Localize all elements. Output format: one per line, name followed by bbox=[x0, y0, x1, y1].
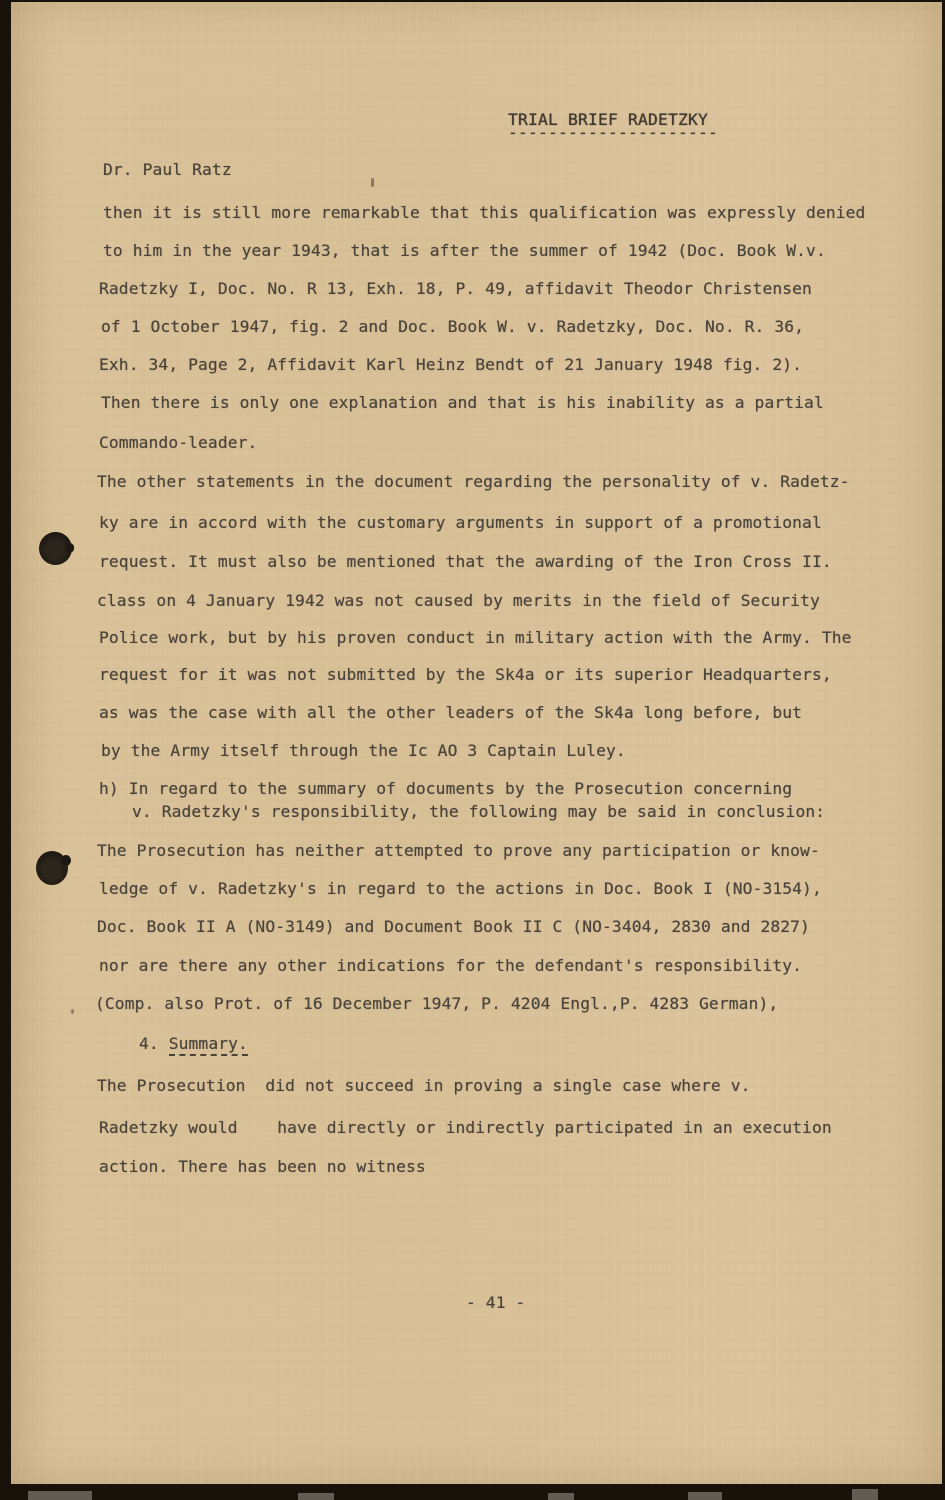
text-line: v. Radetzky's responsibility, the follow… bbox=[132, 802, 825, 822]
text-line: action. There has been no witness bbox=[99, 1157, 426, 1177]
text-line: request. It must also be mentioned that … bbox=[99, 552, 832, 572]
text-line: Doc. Book II A (NO-3149) and Document Bo… bbox=[97, 917, 810, 937]
text-line: The Prosecution has neither attempted to… bbox=[97, 841, 820, 861]
text-line: Radetzky would have directly or indirect… bbox=[99, 1118, 832, 1138]
text-line: request for it was not submitted by the … bbox=[99, 665, 832, 685]
text-line: Radetzky I, Doc. No. R 13, Exh. 18, P. 4… bbox=[99, 279, 812, 299]
scan-edge-artifact bbox=[852, 1489, 878, 1500]
summary-spacer bbox=[159, 1034, 169, 1053]
text-line: as was the case with all the other leade… bbox=[99, 703, 802, 723]
text-line: to him in the year 1943, that is after t… bbox=[103, 241, 826, 261]
title-underline: --------------------- bbox=[508, 123, 718, 142]
document-page: TRIAL BRIEF RADETZKY -------------------… bbox=[11, 2, 942, 1484]
text-line: Then there is only one explanation and t… bbox=[101, 393, 824, 413]
summary-heading: 4. Summary. bbox=[139, 1034, 248, 1054]
hole-punch-bottom bbox=[36, 851, 68, 885]
ink-speck bbox=[371, 178, 374, 187]
scanned-document: TRIAL BRIEF RADETZKY -------------------… bbox=[0, 0, 945, 1500]
text-line: Exh. 34, Page 2, Affidavit Karl Heinz Be… bbox=[99, 355, 802, 375]
text-line: ledge of v. Radetzky's in regard to the … bbox=[99, 879, 822, 899]
text-line: class on 4 January 1942 was not caused b… bbox=[97, 591, 820, 611]
text-line: The Prosecution did not succeed in provi… bbox=[97, 1076, 751, 1096]
ink-speck bbox=[71, 1009, 74, 1014]
scan-edge-artifact bbox=[298, 1493, 334, 1500]
text-line: then it is still more remarkable that th… bbox=[103, 203, 865, 223]
scan-edge-artifact bbox=[548, 1493, 574, 1500]
text-line: ky are in accord with the customary argu… bbox=[99, 513, 822, 533]
text-line: of 1 October 1947, fig. 2 and Doc. Book … bbox=[101, 317, 804, 337]
text-line: Police work, but by his proven conduct i… bbox=[99, 628, 852, 648]
text-line: (Comp. also Prot. of 16 December 1947, P… bbox=[95, 994, 778, 1014]
scan-edge-artifact bbox=[688, 1492, 722, 1500]
scan-edge-artifact bbox=[28, 1491, 92, 1500]
text-line: nor are there any other indications for … bbox=[99, 956, 802, 976]
text-line: by the Army itself through the Ic AO 3 C… bbox=[101, 741, 626, 761]
author-line: Dr. Paul Ratz bbox=[103, 160, 232, 180]
summary-word: Summary. bbox=[169, 1034, 248, 1056]
text-line: h) In regard to the summary of documents… bbox=[99, 779, 792, 799]
text-line: Commando-leader. bbox=[99, 433, 257, 453]
summary-number: 4. bbox=[139, 1034, 159, 1053]
page-number: - 41 - bbox=[466, 1293, 525, 1313]
text-line: The other statements in the document reg… bbox=[97, 472, 850, 492]
